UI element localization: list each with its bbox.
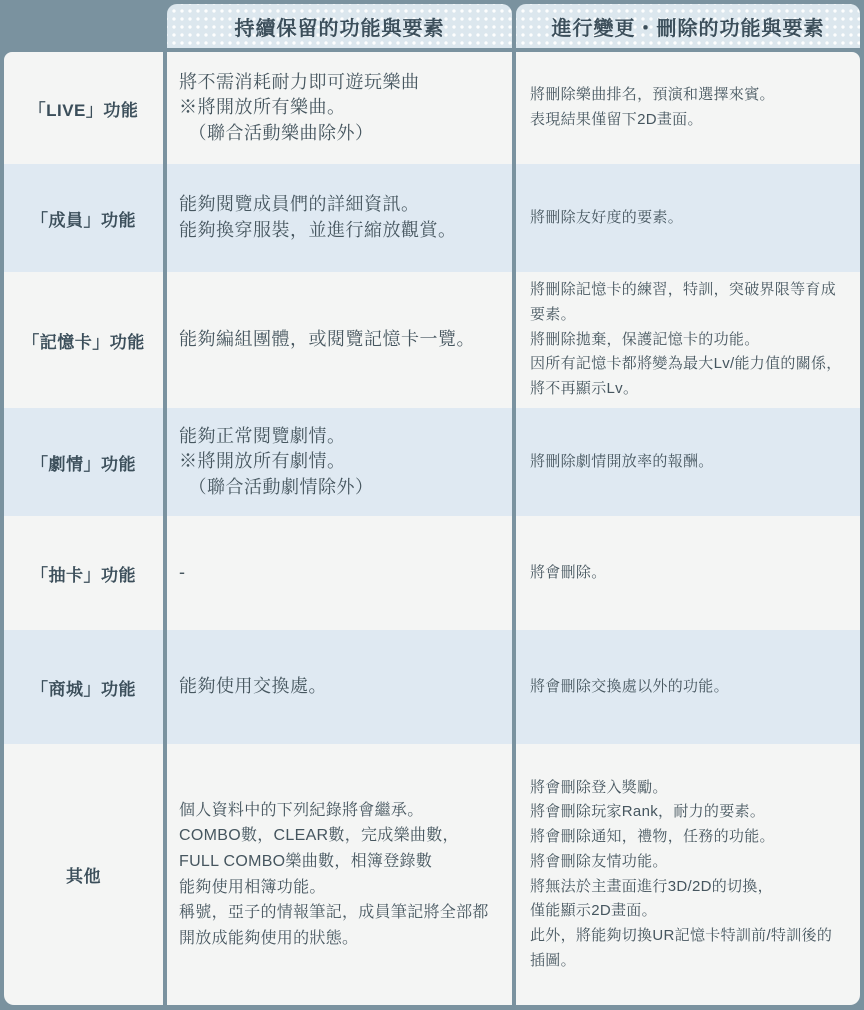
row-header-memorycard-label: 「記憶卡」功能	[22, 328, 145, 353]
cell-memorycard-change-text: 將刪除記憶卡的練習，特訓，突破界限等育成 要素。 將刪除拋棄，保護記憶卡的功能。…	[530, 278, 842, 402]
table-header-row: 持續保留的功能與要素 進行變更・刪除的功能與要素	[4, 4, 860, 48]
cell-shop-keep: 能夠使用交換處。	[167, 630, 512, 744]
feature-table: 持續保留的功能與要素 進行變更・刪除的功能與要素 「LIVE」功能 將不需消耗耐…	[0, 0, 864, 1010]
column-header-change-label: 進行變更・刪除的功能與要素	[552, 12, 825, 41]
cell-gacha-change-text: 將會刪除。	[530, 561, 607, 586]
row-header-live-label: 「LIVE」功能	[29, 96, 139, 121]
row-header-other-label: 其他	[66, 862, 101, 887]
cell-gacha-keep-text: -	[179, 560, 186, 586]
cell-gacha-keep: -	[167, 516, 512, 630]
row-header-shop-label: 「商城」功能	[31, 675, 136, 700]
row-header-other: 其他	[4, 744, 163, 1005]
cell-memorycard-keep: 能夠編組團體，或閱覽記憶卡一覽。	[167, 272, 512, 408]
row-header-member: 「成員」功能	[4, 164, 163, 272]
column-header-change: 進行變更・刪除的功能與要素	[516, 4, 860, 48]
cell-story-keep: 能夠正常閱覽劇情。 ※將開放所有劇情。 （聯合活動劇情除外）	[167, 408, 512, 516]
row-header-live: 「LIVE」功能	[4, 52, 163, 164]
cell-other-keep: 個人資料中的下列紀錄將會繼承。 COMBO數，CLEAR數，完成樂曲數， FUL…	[167, 744, 512, 1005]
table-body: 「LIVE」功能 將不需消耗耐力即可遊玩樂曲 ※將開放所有樂曲。 （聯合活動樂曲…	[4, 52, 860, 1005]
row-header-shop: 「商城」功能	[4, 630, 163, 744]
cell-other-change: 將會刪除登入獎勵。 將會刪除玩家Rank，耐力的要素。 將會刪除通知，禮物，任務…	[516, 744, 860, 1005]
cell-memorycard-change: 將刪除記憶卡的練習，特訓，突破界限等育成 要素。 將刪除拋棄，保護記憶卡的功能。…	[516, 272, 860, 408]
cell-shop-change: 將會刪除交換處以外的功能。	[516, 630, 860, 744]
cell-story-change: 將刪除劇情開放率的報酬。	[516, 408, 860, 516]
cell-member-keep: 能夠閱覽成員們的詳細資訊。 能夠換穿服裝，並進行縮放觀賞。	[167, 164, 512, 272]
cell-gacha-change: 將會刪除。	[516, 516, 860, 630]
column-header-keep: 持續保留的功能與要素	[167, 4, 512, 48]
cell-shop-change-text: 將會刪除交換處以外的功能。	[530, 675, 729, 700]
row-header-member-label: 「成員」功能	[31, 206, 136, 231]
cell-other-keep-text: 個人資料中的下列紀錄將會繼承。 COMBO數，CLEAR數，完成樂曲數， FUL…	[179, 798, 489, 952]
cell-live-keep: 將不需消耗耐力即可遊玩樂曲 ※將開放所有樂曲。 （聯合活動樂曲除外）	[167, 52, 512, 164]
row-header-memorycard: 「記憶卡」功能	[4, 272, 163, 408]
row-header-story-label: 「劇情」功能	[31, 450, 136, 475]
cell-member-change: 將刪除友好度的要素。	[516, 164, 860, 272]
cell-shop-keep-text: 能夠使用交換處。	[179, 674, 327, 700]
cell-story-keep-text: 能夠正常閱覽劇情。 ※將開放所有劇情。 （聯合活動劇情除外）	[179, 424, 374, 501]
cell-story-change-text: 將刪除劇情開放率的報酬。	[530, 450, 714, 475]
cell-other-change-text: 將會刪除登入獎勵。 將會刪除玩家Rank，耐力的要素。 將會刪除通知，禮物，任務…	[530, 776, 832, 974]
column-header-keep-label: 持續保留的功能與要素	[235, 12, 445, 41]
cell-live-change-text: 將刪除樂曲排名，預演和選擇來賓。 表現結果僅留下2D畫面。	[530, 83, 775, 133]
cell-memorycard-keep-text: 能夠編組團體，或閱覽記憶卡一覽。	[179, 327, 475, 353]
cell-live-change: 將刪除樂曲排名，預演和選擇來賓。 表現結果僅留下2D畫面。	[516, 52, 860, 164]
row-header-story: 「劇情」功能	[4, 408, 163, 516]
cell-member-change-text: 將刪除友好度的要素。	[530, 206, 683, 231]
cell-member-keep-text: 能夠閱覽成員們的詳細資訊。 能夠換穿服裝，並進行縮放觀賞。	[179, 192, 457, 243]
header-spacer	[4, 4, 163, 48]
row-header-gacha: 「抽卡」功能	[4, 516, 163, 630]
cell-live-keep-text: 將不需消耗耐力即可遊玩樂曲 ※將開放所有樂曲。 （聯合活動樂曲除外）	[179, 70, 420, 147]
row-header-gacha-label: 「抽卡」功能	[31, 561, 136, 586]
